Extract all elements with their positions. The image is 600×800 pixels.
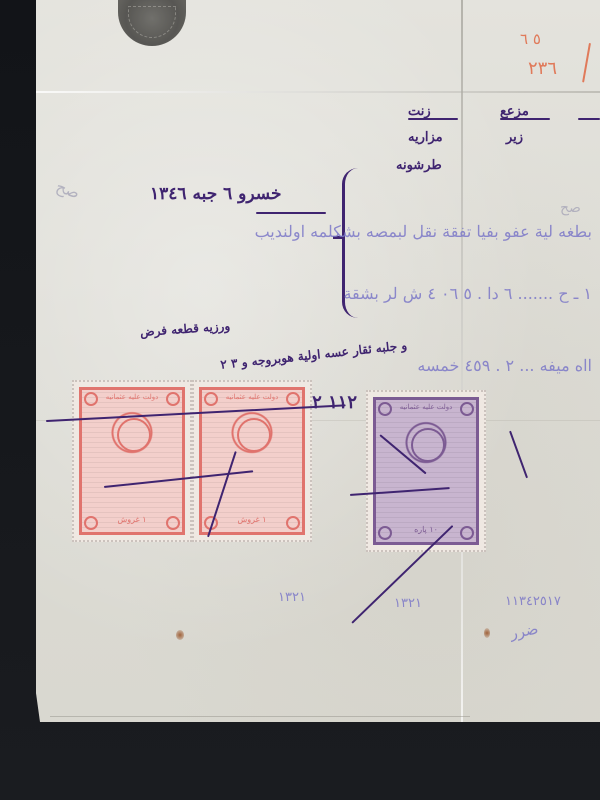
underline-stroke — [578, 118, 600, 120]
body-line-blue: ١ ـ ح ....... ٦ دا . ٥ ٠٦ ٤ ش لر بشقة — [62, 284, 592, 303]
tugra-emblem-icon — [237, 418, 271, 452]
stamp-top-label: دولت عليه عثمانيه — [82, 393, 182, 401]
body-line-blue: بطغه لية عفو بفيا تفقة نقل لبمصه بشكلمه … — [62, 222, 592, 241]
stamp-value: ١ غروش — [82, 515, 182, 524]
stamp-value: ١٠ پاره — [376, 525, 476, 534]
rust-spot — [176, 630, 184, 640]
underline-stroke — [408, 118, 458, 120]
header-term: زنت — [408, 104, 431, 119]
tugra-emblem-icon — [117, 418, 151, 452]
date-line: خسرو ٦ جبه ١٣٤٦ — [150, 184, 281, 204]
header-term: زير — [506, 130, 523, 145]
margin-note-right: صح — [560, 200, 581, 216]
stamp-top-label: دولت عليه عثمانيه — [202, 393, 302, 401]
revenue-stamp: دولت عليه عثمانيه ١ غروش — [72, 380, 192, 542]
tugra-emblem-icon — [411, 428, 445, 462]
paper-bottom-edge — [50, 716, 470, 717]
date-underline — [256, 212, 326, 214]
header-term: طرشونه — [396, 158, 442, 173]
header-term: مزعع — [500, 104, 529, 119]
header-term: مزاريه — [408, 130, 443, 145]
revenue-stamp: دولت عليه عثمانيه ١ غروش — [192, 380, 312, 542]
stamp-top-label: دولت عليه عثمانيه — [376, 403, 476, 411]
red-annotation: ٥ ٦ — [520, 30, 541, 48]
horizontal-fold — [36, 91, 600, 93]
underline-stroke — [500, 118, 550, 120]
bottom-note: ١٣٢١ — [278, 590, 306, 605]
stamp-value: ١ غروش — [202, 515, 302, 524]
revenue-stamp: دولت عليه عثمانيه ١٠ پاره — [366, 390, 486, 552]
bottom-note: ١١٣٤٢٥١٧ — [505, 594, 561, 609]
bottom-note: ١٣٢١ — [394, 596, 422, 611]
red-annotation: ٢٣٦ — [528, 58, 557, 79]
rust-spot — [484, 628, 490, 638]
